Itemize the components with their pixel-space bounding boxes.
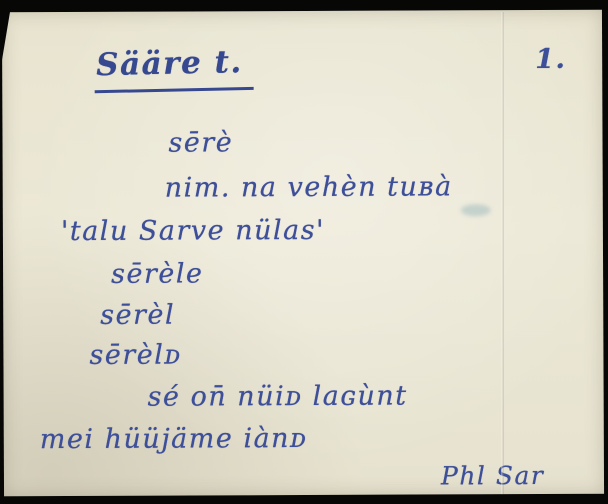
handwritten-line: sērè	[168, 127, 233, 158]
handwritten-line: mei hüüjäme iànᴅ	[40, 423, 308, 455]
paper-crease	[501, 12, 504, 494]
handwritten-line: sērèle	[111, 258, 203, 289]
handwritten-line: nim. na vehèn tuʙà	[165, 171, 453, 203]
handwritten-line: sērèl	[100, 300, 175, 331]
page-number: 1.	[535, 44, 566, 75]
collector-signature: Phl Sar	[441, 461, 544, 490]
ink-smudge	[461, 204, 491, 216]
handwritten-line: sērèlᴅ	[89, 340, 181, 371]
card-title: Sääre t.	[94, 44, 253, 93]
handwritten-line: sé on̄ nüiᴅ laɢùnt	[148, 381, 408, 413]
archive-card: Sääre t. 1. sērè nim. na vehèn tuʙà 'tal…	[2, 10, 604, 497]
photo-background: Sääre t. 1. sērè nim. na vehèn tuʙà 'tal…	[0, 0, 608, 504]
handwritten-line: 'talu Sarve nülas'	[61, 215, 325, 247]
